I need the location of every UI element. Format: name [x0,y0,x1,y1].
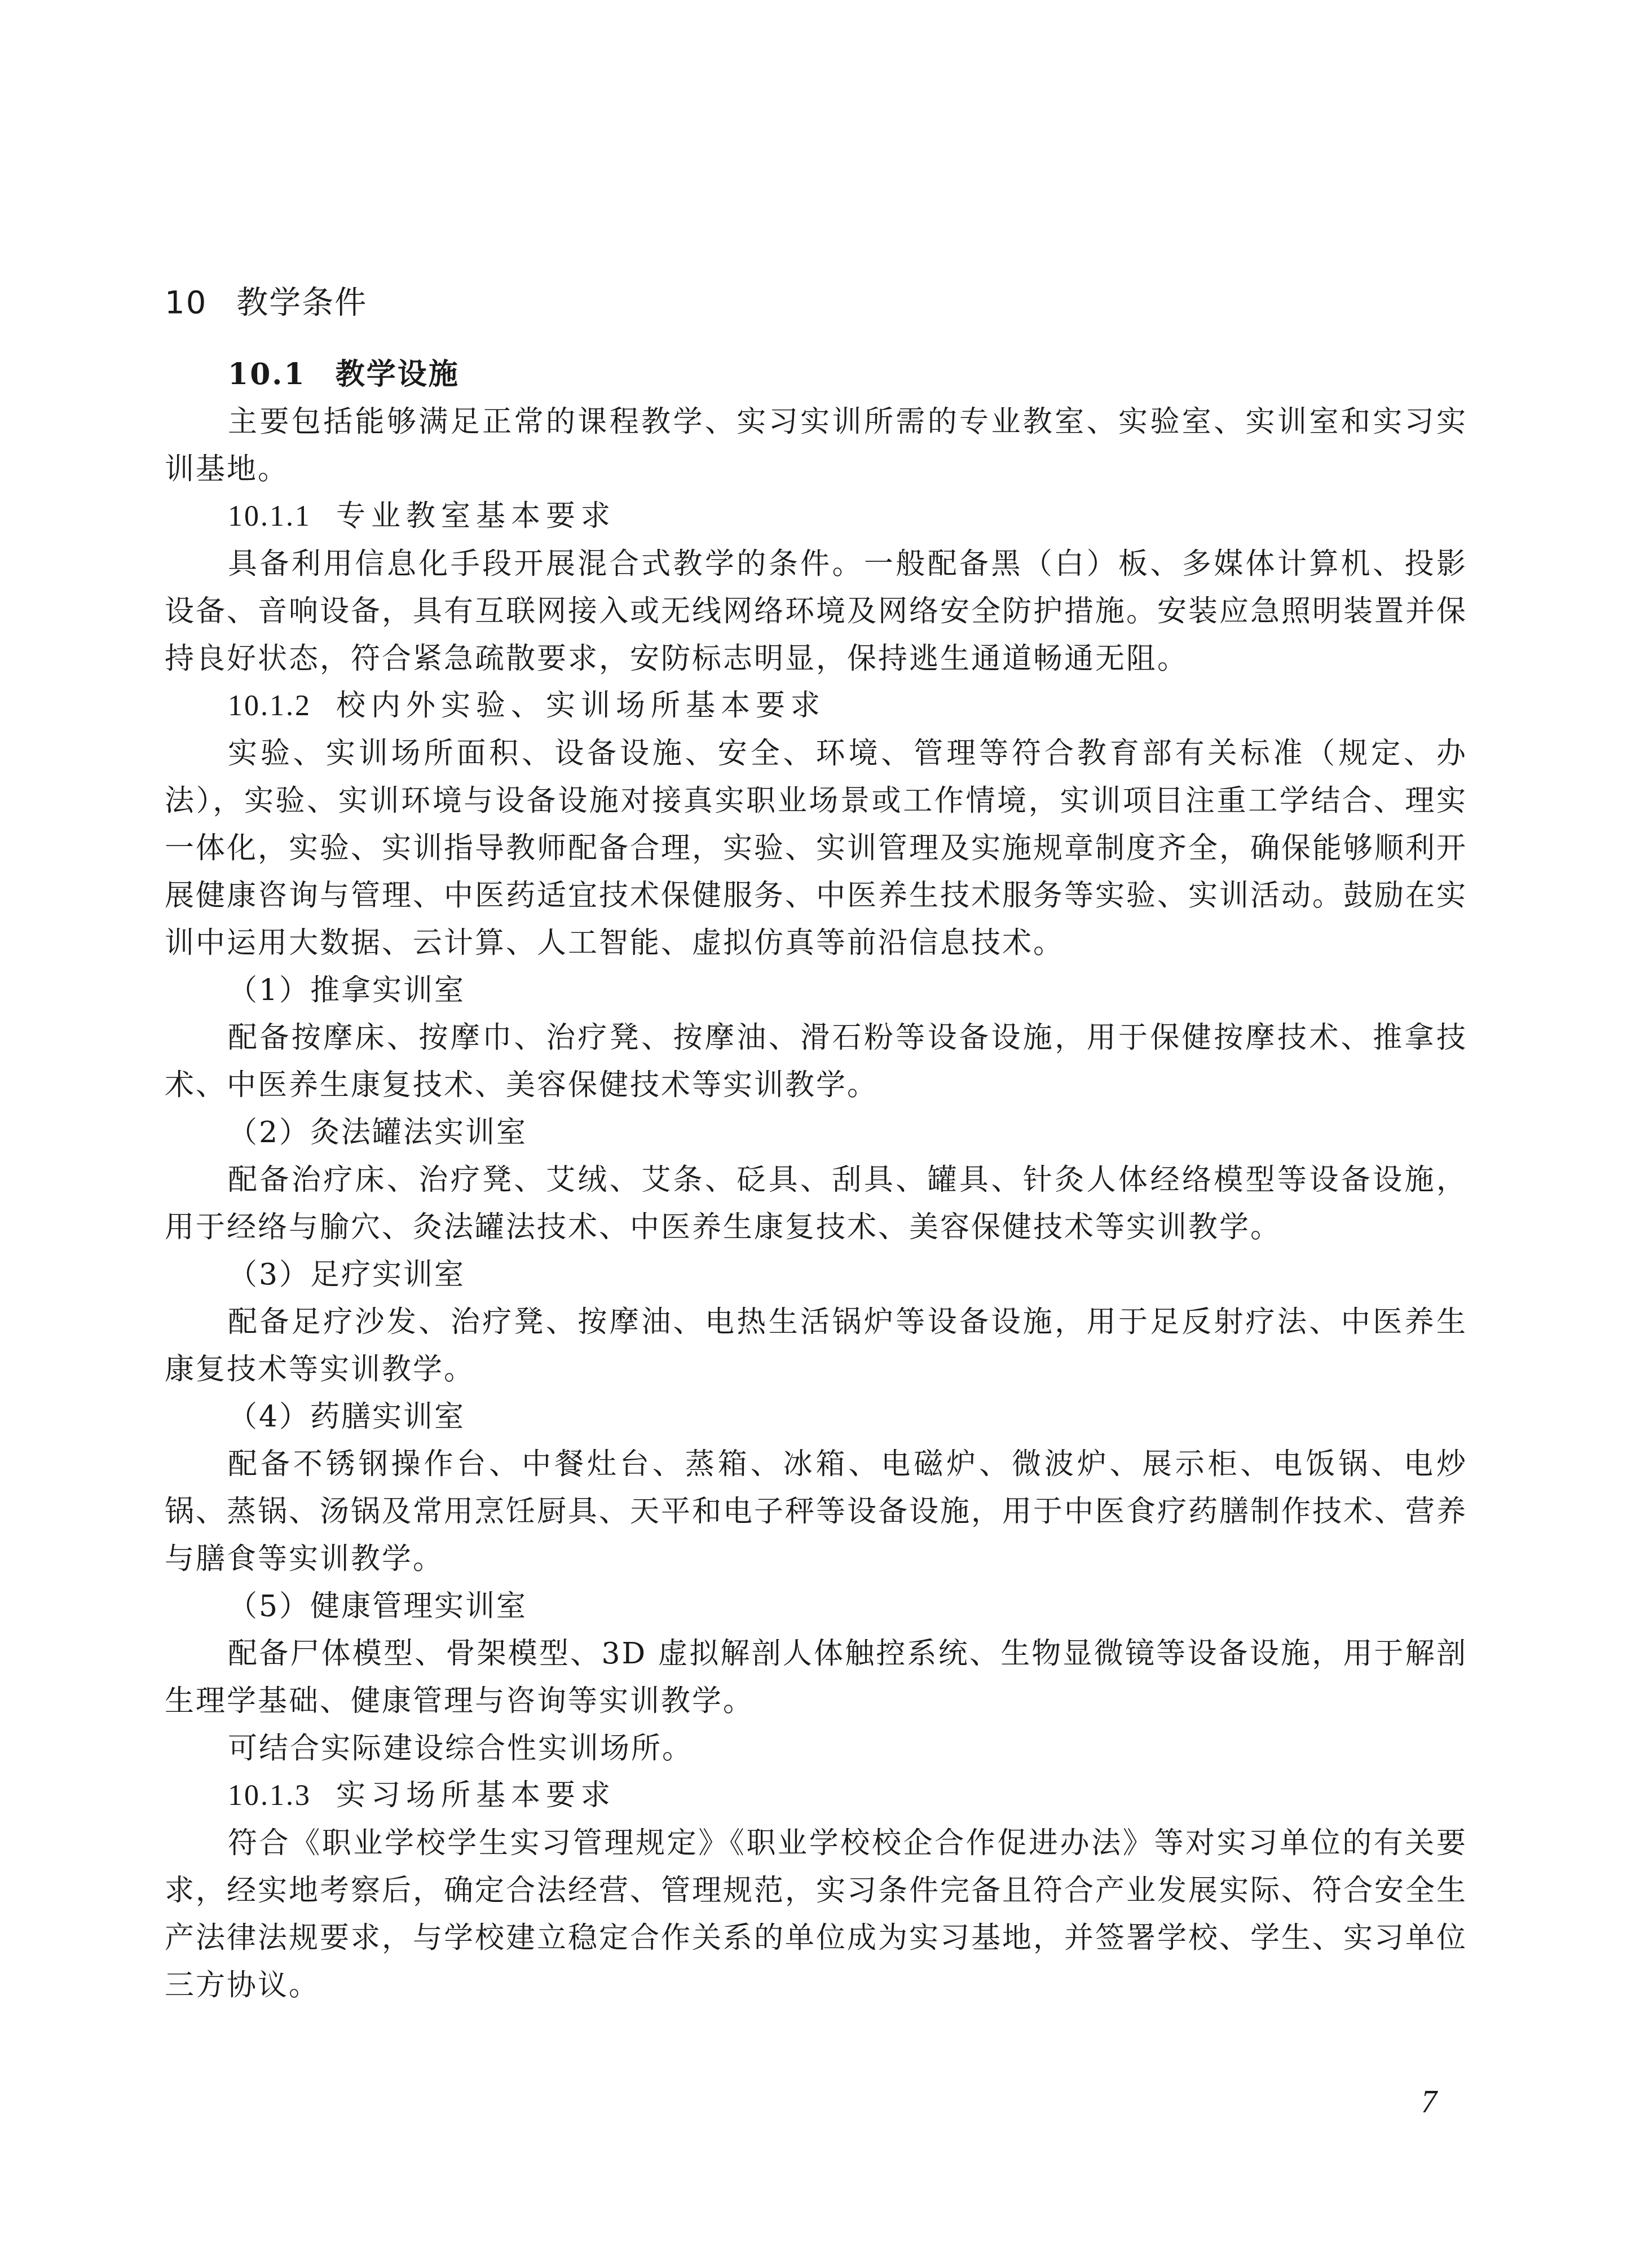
room-label-4: （4）药膳实训室 [165,1393,1467,1441]
room-body-4: 配备不锈钢操作台、中餐灶台、蒸箱、冰箱、电磁炉、微波炉、展示柜、电饭锅、电炒锅、… [165,1441,1467,1583]
room-label-3: （3）足疗实训室 [165,1251,1467,1298]
item-body-10-1-1: 具备利用信息化手段开展混合式教学的条件。一般配备黑（白）板、多媒体计算机、投影设… [165,540,1467,682]
section-number: 10 [165,284,207,321]
item-heading-10-1-2: 10.1.2校内外实验、实训场所基本要求 [165,682,1467,730]
subsection-intro: 主要包括能够满足正常的课程教学、实习实训所需的专业教室、实验室、实训室和实习实训… [165,398,1467,493]
item-heading-10-1-3: 10.1.3实习场所基本要求 [165,1772,1467,1820]
subsection-heading: 10.1教学设施 [165,351,1467,398]
room-body-2: 配备治疗床、治疗凳、艾绒、艾条、砭具、刮具、罐具、针灸人体经络模型等设备设施，用… [165,1156,1467,1251]
section-heading: 10教学条件 [165,280,367,325]
item-number: 10.1.2 [228,690,311,722]
item-number: 10.1.1 [228,500,311,532]
item-title: 校内外实验、实训场所基本要求 [336,690,826,722]
room-body-5: 配备尸体模型、骨架模型、3D 虚拟解剖人体触控系统、生物显微镜等设备设施，用于解… [165,1630,1467,1725]
section-title: 教学条件 [236,284,367,321]
page-number: 7 [1421,2084,1437,2120]
document-body: 10.1教学设施 主要包括能够满足正常的课程教学、实习实训所需的专业教室、实验室… [165,351,1467,2009]
item-body-10-1-3: 符合《职业学校学生实习管理规定》《职业学校校企合作促进办法》等对实习单位的有关要… [165,1820,1467,2009]
room-body-3: 配备足疗沙发、治疗凳、按摩油、电热生活锅炉等设备设施，用于足反射疗法、中医养生康… [165,1298,1467,1393]
item-body-10-1-2: 实验、实训场所面积、设备设施、安全、环境、管理等符合教育部有关标准（规定、办法）… [165,730,1467,967]
subsection-title: 教学设施 [336,357,460,391]
room-label-2: （2）灸法罐法实训室 [165,1109,1467,1156]
item-title: 专业教室基本要求 [336,500,616,532]
item-title: 实习场所基本要求 [336,1780,616,1812]
item-closing-10-1-2: 可结合实际建设综合性实训场所。 [165,1725,1467,1772]
item-heading-10-1-1: 10.1.1专业教室基本要求 [165,493,1467,540]
subsection-number: 10.1 [228,357,306,391]
item-number: 10.1.3 [228,1780,311,1812]
room-body-1: 配备按摩床、按摩巾、治疗凳、按摩油、滑石粉等设备设施，用于保健按摩技术、推拿技术… [165,1014,1467,1109]
room-label-5: （5）健康管理实训室 [165,1583,1467,1630]
room-label-1: （1）推拿实训室 [165,967,1467,1014]
